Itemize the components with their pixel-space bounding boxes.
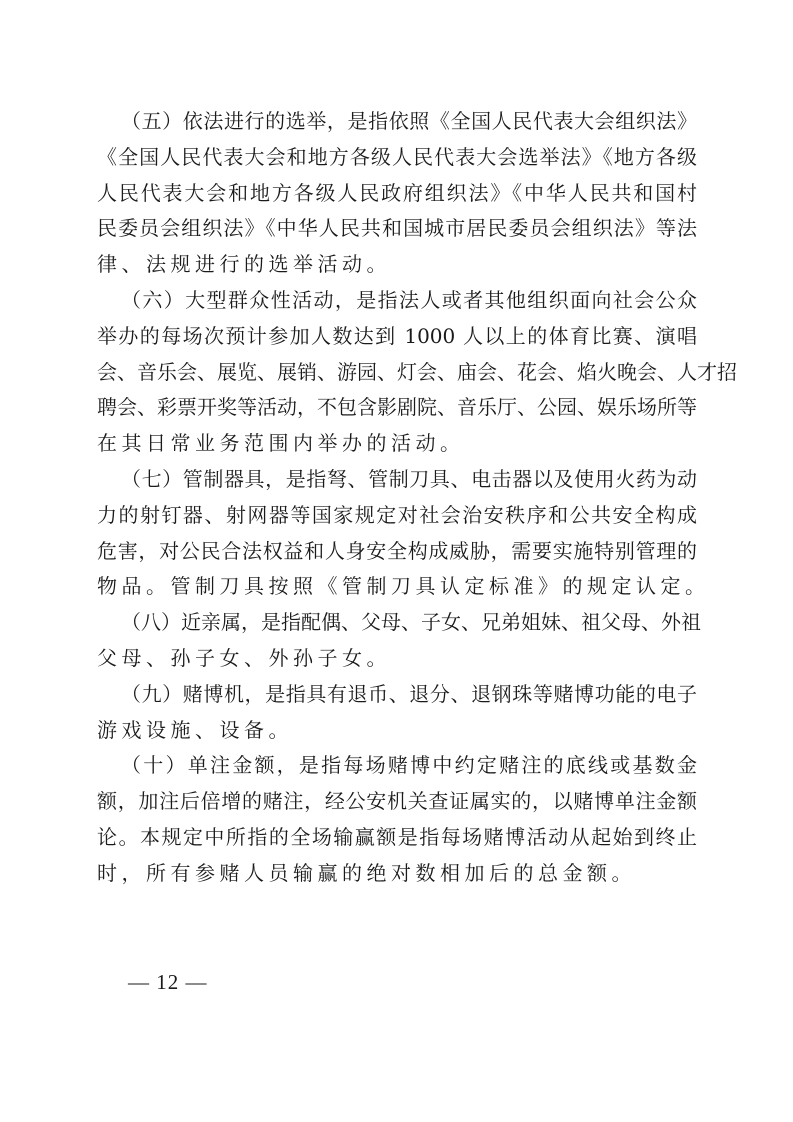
text-line: （八）近亲属，是指配偶、父母、子女、兄弟姐妹、祖父母、外祖 bbox=[97, 605, 697, 641]
text-line: （十）单注金额，是指每场赌博中约定赌注的底线或基数金 bbox=[97, 748, 697, 784]
text-line: 力的射钉器、射网器等国家规定对社会治安秩序和公共安全构成 bbox=[97, 498, 697, 534]
document-body: （五）依法进行的选举，是指依照《全国人民代表大会组织法》 《全国人民代表大会和地… bbox=[97, 104, 697, 892]
text-line: 游戏设施、设备。 bbox=[97, 713, 697, 749]
text-line: （五）依法进行的选举，是指依照《全国人民代表大会组织法》 bbox=[97, 104, 697, 140]
text-line: 额，加注后倍增的赌注，经公安机关查证属实的，以赌博单注金额 bbox=[97, 784, 697, 820]
text-line: 父母、孙子女、外孙子女。 bbox=[97, 641, 697, 677]
text-line: （九）赌博机，是指具有退币、退分、退钢珠等赌博功能的电子 bbox=[97, 677, 697, 713]
text-line: 危害，对公民合法权益和人身安全构成威胁，需要实施特别管理的 bbox=[97, 534, 697, 570]
text-line: （六）大型群众性活动，是指法人或者其他组织面向社会公众 bbox=[97, 283, 697, 319]
page-number: — 12 — bbox=[128, 970, 208, 995]
text-line: 会、音乐会、展览、展销、游园、灯会、庙会、花会、焰火晚会、人才招 bbox=[97, 355, 697, 391]
paragraph-item-8: （八）近亲属，是指配偶、父母、子女、兄弟姐妹、祖父母、外祖 父母、孙子女、外孙子… bbox=[97, 605, 697, 677]
text-line: 时，所有参赌人员输赢的绝对数相加后的总金额。 bbox=[97, 856, 697, 892]
text-line: 在其日常业务范围内举办的活动。 bbox=[97, 426, 697, 462]
text-line: 聘会、彩票开奖等活动，不包含影剧院、音乐厅、公园、娱乐场所等 bbox=[97, 390, 697, 426]
text-line: （七）管制器具，是指弩、管制刀具、电击器以及使用火药为动 bbox=[97, 462, 697, 498]
paragraph-item-5: （五）依法进行的选举，是指依照《全国人民代表大会组织法》 《全国人民代表大会和地… bbox=[97, 104, 697, 283]
text-line: 人民代表大会和地方各级人民政府组织法》《中华人民共和国村 bbox=[97, 176, 697, 212]
text-line: 举办的每场次预计参加人数达到 1000 人以上的体育比赛、演唱 bbox=[97, 319, 697, 355]
text-line: 民委员会组织法》《中华人民共和国城市居民委员会组织法》等法 bbox=[97, 211, 697, 247]
paragraph-item-9: （九）赌博机，是指具有退币、退分、退钢珠等赌博功能的电子 游戏设施、设备。 bbox=[97, 677, 697, 749]
paragraph-item-7: （七）管制器具，是指弩、管制刀具、电击器以及使用火药为动 力的射钉器、射网器等国… bbox=[97, 462, 697, 605]
text-line: 物品。管制刀具按照《管制刀具认定标准》的规定认定。 bbox=[97, 569, 697, 605]
text-line: 《全国人民代表大会和地方各级人民代表大会选举法》《地方各级 bbox=[97, 140, 697, 176]
paragraph-item-6: （六）大型群众性活动，是指法人或者其他组织面向社会公众 举办的每场次预计参加人数… bbox=[97, 283, 697, 462]
text-line: 律、法规进行的选举活动。 bbox=[97, 247, 697, 283]
text-line: 论。本规定中所指的全场输赢额是指每场赌博活动从起始到终止 bbox=[97, 820, 697, 856]
paragraph-item-10: （十）单注金额，是指每场赌博中约定赌注的底线或基数金 额，加注后倍增的赌注，经公… bbox=[97, 748, 697, 891]
